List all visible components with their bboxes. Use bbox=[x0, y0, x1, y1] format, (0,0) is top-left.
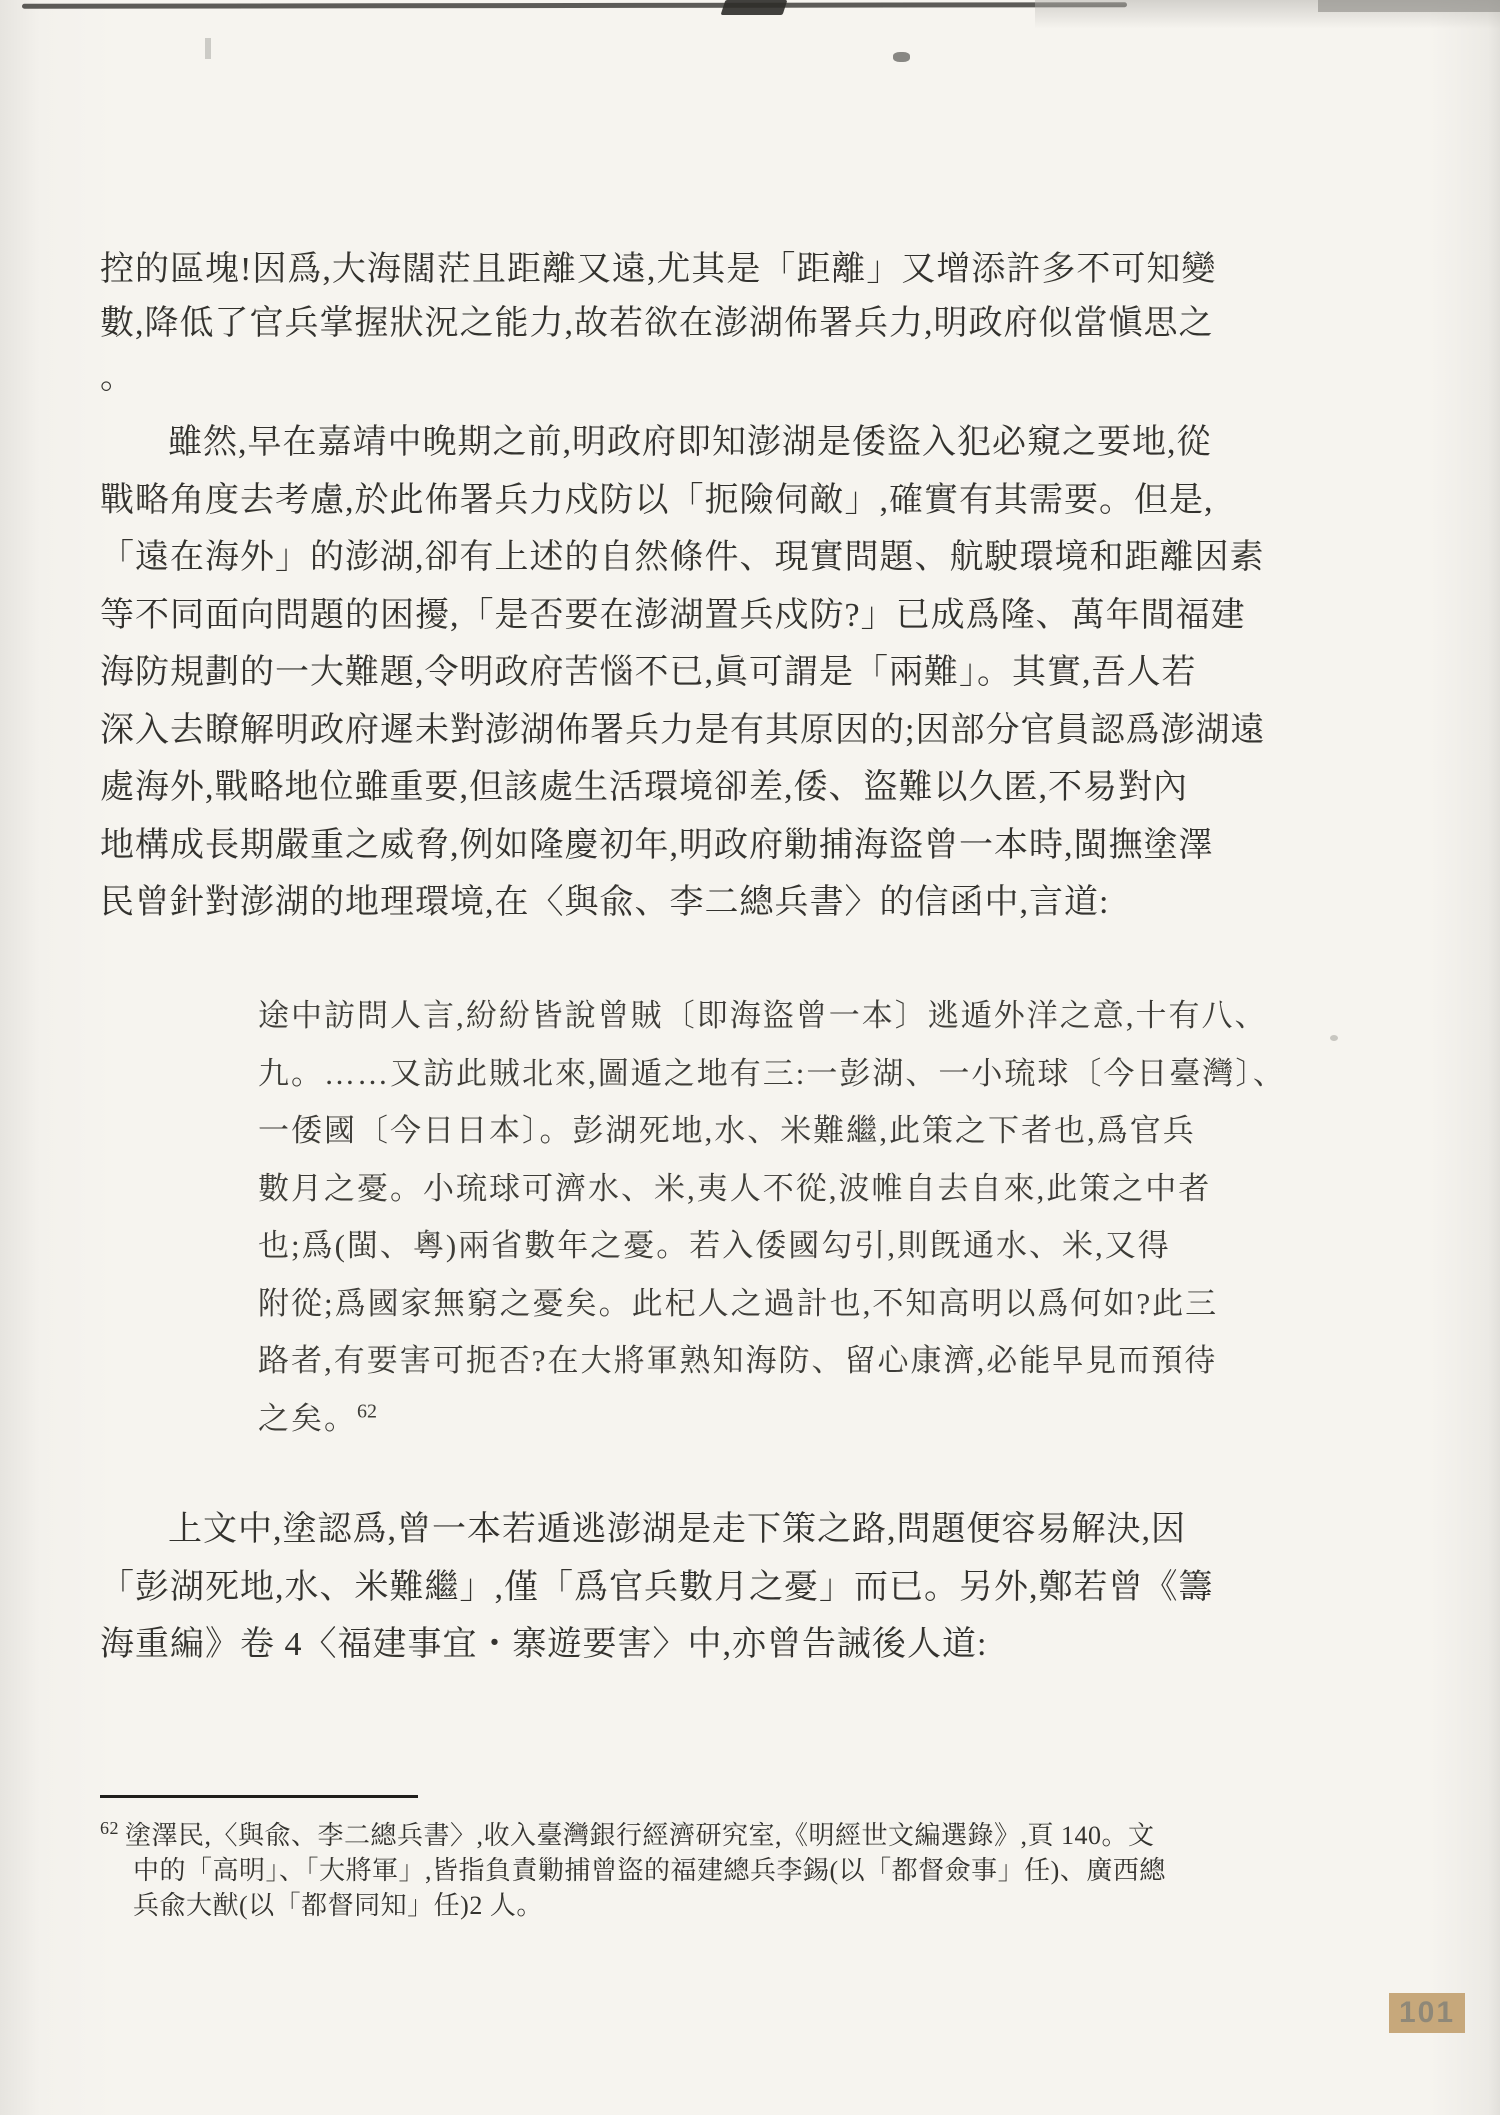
body-text-line: 「遠在海外」的澎湖,卻有上述的自然條件、現實問題、航駛環境和距離因素 bbox=[100, 529, 1280, 587]
scanned-book-page: { "page": { "number": "101", "background… bbox=[0, 0, 1500, 2115]
scan-artifact-top-blob bbox=[721, 0, 788, 15]
footnote-line: 62塗澤民,〈與兪、李二總兵書〉,收入臺灣銀行經濟研究室,《明經世文編選錄》,頁… bbox=[100, 1818, 1270, 1853]
quote-last-line: 之矣。62 bbox=[258, 1390, 1268, 1448]
body-text-line: 海防規劃的一大難題,令明政府苦惱不已,眞可謂是「兩難」。其實,吾人若 bbox=[100, 644, 1280, 702]
body-text-line: 「彭湖死地,水、米難繼」,僅「爲官兵數月之憂」而已。另外,鄭若曾《籌 bbox=[100, 1559, 1280, 1617]
block-quote: 途中訪問人言,紛紛皆說曾賊〔即海盜曾一本〕逃遁外洋之意,十有八、 九。……又訪此… bbox=[258, 987, 1268, 1447]
body-text-line: 。 bbox=[100, 351, 1280, 405]
body-text-line: 民曾針對澎湖的地理環境,在〈與兪、李二總兵書〉的信函中,言道: bbox=[100, 874, 1280, 932]
footnote-marker: 62 bbox=[100, 1818, 119, 1838]
body-text-line: 處海外,戰略地位雖重要,但該處生活環境卻差,倭、盜難以久匿,不易對內 bbox=[100, 759, 1280, 817]
scan-artifact-top-right-mark bbox=[1318, 0, 1500, 12]
footnote-line: 兵兪大猷(以「都督同知」任)2 人。 bbox=[100, 1888, 1270, 1923]
quote-text-line: 數月之憂。小琉球可濟水、米,夷人不從,波帷自去自來,此策之中者 bbox=[258, 1160, 1268, 1218]
quote-text-line: 一倭國〔今日日本〕。彭湖死地,水、米難繼,此策之下者也,爲官兵 bbox=[258, 1102, 1268, 1160]
scan-artifact-dash bbox=[205, 38, 211, 59]
body-text-line: 上文中,塗認爲,曾一本若遁逃澎湖是走下策之路,問題便容易解決,因 bbox=[100, 1501, 1280, 1559]
body-text-line: 海重編》卷 4〈福建事宜・寨遊要害〉中,亦曾告誡後人道: bbox=[100, 1616, 1280, 1674]
body-paragraph-1: 控的區塊!因爲,大海闊茫且距離又遠,尤其是「距離」又增添許多不可知變 數,降低了… bbox=[100, 243, 1280, 405]
body-text-line: 雖然,早在嘉靖中晚期之前,明政府即知澎湖是倭盜入犯必窺之要地,從 bbox=[100, 414, 1280, 472]
body-paragraph-3: 上文中,塗認爲,曾一本若遁逃澎湖是走下策之路,問題便容易解決,因 「彭湖死地,水… bbox=[100, 1501, 1280, 1674]
footnote-text: 塗澤民,〈與兪、李二總兵書〉,收入臺灣銀行經濟研究室,《明經世文編選錄》,頁 1… bbox=[125, 1821, 1155, 1850]
scan-artifact-dot bbox=[893, 52, 910, 62]
quote-text-line: 路者,有要害可扼否?在大將軍熟知海防、留心康濟,必能早見而預待 bbox=[258, 1332, 1268, 1390]
quote-text-line: 途中訪問人言,紛紛皆說曾賊〔即海盜曾一本〕逃遁外洋之意,十有八、 bbox=[258, 987, 1268, 1045]
page-number-badge: 101 bbox=[1389, 1993, 1465, 2033]
footnote-62: 62塗澤民,〈與兪、李二總兵書〉,收入臺灣銀行經濟研究室,《明經世文編選錄》,頁… bbox=[100, 1818, 1270, 1923]
body-text-line: 深入去瞭解明政府遲未對澎湖佈署兵力是有其原因的;因部分官員認爲澎湖遠 bbox=[100, 702, 1280, 760]
body-text-line: 地構成長期嚴重之威脅,例如隆慶初年,明政府勦捕海盜曾一本時,閩撫塗澤 bbox=[100, 817, 1280, 875]
footnote-reference-62: 62 bbox=[357, 1400, 377, 1422]
footnote-separator-rule bbox=[100, 1795, 418, 1798]
scan-artifact-top-line bbox=[22, 2, 1127, 9]
quote-text: 之矣。 bbox=[258, 1401, 357, 1436]
body-text-line: 等不同面向問題的困擾,「是否要在澎湖置兵戍防?」已成爲隆、萬年間福建 bbox=[100, 587, 1280, 645]
body-text-line: 戰略角度去考慮,於此佈署兵力戍防以「扼險伺敵」,確實有其需要。但是, bbox=[100, 472, 1280, 530]
body-text-line: 控的區塊!因爲,大海闊茫且距離又遠,尤其是「距離」又增添許多不可知變 bbox=[100, 243, 1280, 297]
body-text-line: 數,降低了官兵掌握狀況之能力,故若欲在澎湖佈署兵力,明政府似當愼思之 bbox=[100, 297, 1280, 351]
quote-text-line: 也;爲(閩、粵)兩省數年之憂。若入倭國勾引,則旣通水、米,又得 bbox=[258, 1217, 1268, 1275]
footnote-line: 中的「高明」、「大將軍」,皆指負責勦捕曾盜的福建總兵李錫(以「都督僉事」任)、廣… bbox=[100, 1853, 1270, 1888]
quote-text-line: 九。……又訪此賊北來,圖遁之地有三:一彭湖、一小琉球〔今日臺灣〕、 bbox=[258, 1045, 1268, 1103]
quote-text-line: 附從;爲國家無窮之憂矣。此杞人之過計也,不知高明以爲何如?此三 bbox=[258, 1275, 1268, 1333]
scan-artifact-speck bbox=[1330, 1035, 1338, 1041]
body-paragraph-2: 雖然,早在嘉靖中晚期之前,明政府即知澎湖是倭盜入犯必窺之要地,從 戰略角度去考慮… bbox=[100, 414, 1280, 932]
